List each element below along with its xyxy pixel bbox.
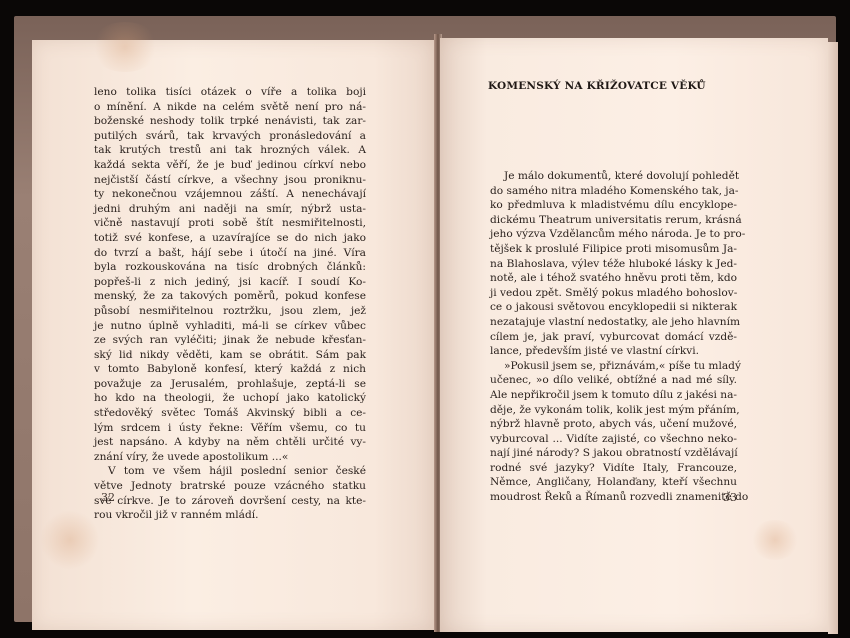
text-line: do samého nitra mladého Komenského tak, … — [490, 184, 737, 199]
text-line: V tom ve všem hájil poslední senior česk… — [94, 464, 366, 479]
text-line: o mínění. A nikde na celém světě není pr… — [94, 100, 366, 115]
text-line: na Blahoslava, výlev téže hluboké lásky … — [490, 257, 737, 272]
text-line: lým srdcem i ústy řekne: Věřím všemu, co… — [94, 421, 366, 436]
text-line: znání víry, že uvede apostolikum ...« — [94, 450, 366, 465]
text-line: boženské neshody tolik trpké nenávisti, … — [94, 114, 366, 129]
text-line: Ale nepřikročil jsem k tomuto dílu z jak… — [490, 388, 737, 403]
text-line: jeho výzva Vzdělancům mého národa. Je to… — [490, 227, 737, 242]
text-line: v tomto Babyloně konfesí, který každá z … — [94, 362, 366, 377]
text-line: středověký světec Tomáš Akvinský bibli a… — [94, 406, 366, 421]
text-line: považuje za Jerusalém, prohlašuje, zeptá… — [94, 377, 366, 392]
text-line: ce o jakousi světovou encyklopedii si ni… — [490, 300, 737, 315]
text-line: nají jiné národy? S jakou obratností vzd… — [490, 446, 737, 461]
text-line: rou vkročil již v ranném mládí. — [94, 508, 366, 523]
text-line: nýbrž hlavně proto, abych vás, učení muž… — [490, 417, 737, 432]
chapter-title: KOMENSKÝ NA KŘIŽOVATCE VĚKŮ — [488, 80, 748, 92]
text-line: jedni druhým ani naději na smír, nýbrž u… — [94, 202, 366, 217]
paper-stain — [40, 510, 100, 570]
text-line: ský lid nikdy věděti, kam se obrátit. Sá… — [94, 348, 366, 363]
text-line: děje, že vykonám tolik, kolik jest mým p… — [490, 403, 737, 418]
text-line: nejčistší částí církve, a všechny jsou p… — [94, 173, 366, 188]
page-number-right: 33 — [723, 491, 737, 504]
text-line: popřeš-li z nich jediný, jsi kacíř. I so… — [94, 275, 366, 290]
text-line: své církve. Je to zároveň dovršení cesty… — [94, 494, 366, 509]
text-line: ho kdo na theologii, že uchopí jako kato… — [94, 391, 366, 406]
text-line: tějšek k proslulé Filipice proti misomus… — [490, 242, 737, 257]
text-line: leno tolika tisíci otázek o víře a tolik… — [94, 85, 366, 100]
text-line: ty nekonečnou vzájemnou záští. A nenechá… — [94, 187, 366, 202]
text-line: ko předmluva k mladistvému dílu encyklop… — [490, 198, 737, 213]
text-line: dickému Theatrum universitatis rerum, kr… — [490, 213, 737, 228]
text-line: vičně nastavují proti sobě štít nesmiřit… — [94, 216, 366, 231]
text-line: vyburcoval ... Vidíte zajisté, co všechn… — [490, 432, 737, 447]
text-line: působí nesmiřitelnou roztržku, jsou zlem… — [94, 304, 366, 319]
text-line: Němce, Angličany, Holanďany, kteří všech… — [490, 475, 737, 490]
text-line: cílem je, jak praví, vyburcovat domácí v… — [490, 330, 737, 345]
paper-stain — [90, 22, 160, 72]
text-line: je nutno úplně vyhladiti, má-li se círke… — [94, 319, 366, 334]
text-line: rodné své jazyky? Vidíte Italy, Francouz… — [490, 461, 737, 476]
text-line: ji vedou zpět. Smělý pokus mladého bohos… — [490, 286, 737, 301]
text-line: jest napsáno. A kdyby na něm chtěli urči… — [94, 435, 366, 450]
text-line: tak krutých trestů ani tak hrozných vále… — [94, 143, 366, 158]
text-line: moudrost Řeků a Římanů rozvedli znamenit… — [490, 490, 737, 505]
text-line: notě, ale i téhož svatého hněvu proti tě… — [490, 271, 737, 286]
text-line: totiž své konfese, a uzavírajíce se do n… — [94, 231, 366, 246]
text-line: větve Jednoty bratrské pouze vzácného st… — [94, 479, 366, 494]
text-line: putilých svárů, tak krvavých pronásledov… — [94, 129, 366, 144]
text-line: do tvrzí a bašt, hájí sebe i útočí na ji… — [94, 246, 366, 261]
left-page-text: leno tolika tisíci otázek o víře a tolik… — [94, 85, 366, 523]
text-line: »Pokusil jsem se, přiznávám,« píše tu ml… — [490, 359, 737, 374]
right-page-text: Je málo dokumentů, které dovolují pohled… — [490, 169, 737, 505]
paper-stain — [750, 520, 800, 560]
page-number-left: 32 — [101, 491, 115, 504]
text-line: Je málo dokumentů, které dovolují pohled… — [490, 169, 737, 184]
text-line: byla rozkouskována na tisíc drobných člá… — [94, 260, 366, 275]
text-line: každá sekta věří, že je buď jedinou círk… — [94, 158, 366, 173]
text-line: lance, především jisté ve vlastní církvi… — [490, 344, 737, 359]
text-line: ze svých ran vyléčiti; jinak že nebude k… — [94, 333, 366, 348]
text-line: nezatajuje vlastní nedostatky, ale jeho … — [490, 315, 737, 330]
text-line: menský, že za takových poměrů, pokud kon… — [94, 289, 366, 304]
text-line: učenec, »o dílo veliké, obtížné a nad mé… — [490, 373, 737, 388]
page-edge — [828, 42, 838, 634]
